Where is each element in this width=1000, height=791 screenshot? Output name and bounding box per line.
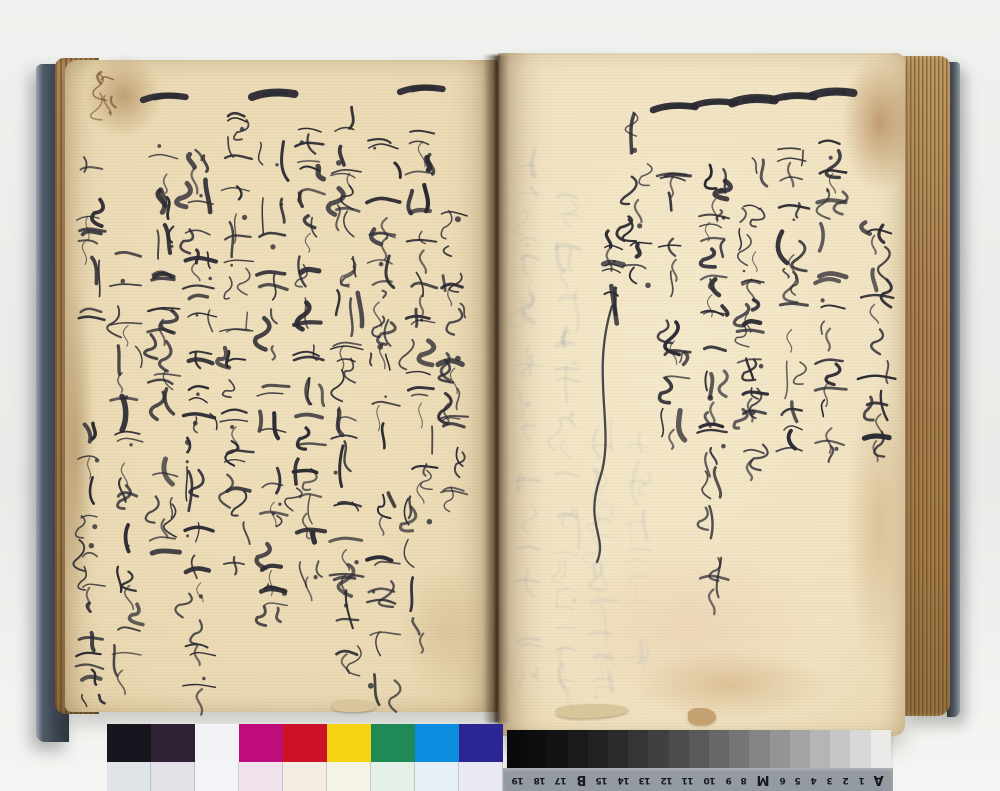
ruler-label: 1	[859, 775, 865, 785]
color-patch-tint	[195, 762, 239, 791]
ruler-label: 5	[795, 775, 801, 785]
grayscale-step	[729, 730, 749, 768]
color-patch-dark-purple	[151, 724, 195, 791]
ruler-label: 17	[555, 775, 567, 785]
color-patch-tint	[459, 762, 503, 791]
color-patch-yellow	[327, 724, 371, 791]
ruler-label: 3	[827, 775, 833, 785]
photograph: 191817B15141312111098M654321A	[0, 0, 1000, 791]
grayscale-step	[830, 730, 850, 768]
ruler-label: 15	[596, 775, 608, 785]
color-patch-indigo	[459, 724, 503, 791]
color-patch-swatch	[195, 724, 239, 762]
ruler-label: B	[577, 772, 586, 787]
ruler-label: A	[874, 772, 884, 787]
grayscale-step	[547, 730, 567, 768]
color-patch-swatch	[415, 724, 459, 762]
grayscale-step	[790, 730, 810, 768]
paper-stain	[560, 540, 820, 710]
color-patch-red	[283, 724, 327, 791]
color-patch-tint	[371, 762, 415, 791]
ruler-label: 4	[811, 775, 817, 785]
color-patch-swatch	[283, 724, 327, 762]
paper-stain	[842, 52, 918, 192]
ruler-label: 19	[512, 775, 524, 785]
grayscale-step-wedge	[507, 730, 891, 768]
color-patch-swatch	[239, 724, 283, 762]
color-patch-tint	[327, 762, 371, 791]
color-patch-cyan-blue	[415, 724, 459, 791]
paper-stain	[58, 280, 94, 610]
measurement-ruler: 191817B15141312111098M654321A	[503, 768, 893, 791]
ruler-label: 11	[682, 775, 694, 785]
color-patch-swatch	[459, 724, 503, 762]
ruler-label: 18	[534, 775, 546, 785]
color-patch-white	[195, 724, 239, 791]
grayscale-step	[628, 730, 648, 768]
grayscale-step	[669, 730, 689, 768]
grayscale-step	[749, 730, 769, 768]
grayscale-step	[810, 730, 830, 768]
color-patch-tint	[107, 762, 151, 791]
grayscale-step	[608, 730, 628, 768]
ruler-label: M	[757, 772, 769, 787]
grayscale-step	[770, 730, 790, 768]
color-patch-tint	[415, 762, 459, 791]
grayscale-step	[871, 730, 891, 768]
ruler-label: 14	[618, 775, 630, 785]
color-patch-swatch	[151, 724, 195, 762]
paper-tear	[688, 708, 716, 725]
ruler-label: 12	[661, 775, 673, 785]
color-patch-swatch	[107, 724, 151, 762]
color-patch-black	[107, 724, 151, 791]
ruler-label: 6	[780, 775, 786, 785]
color-patch-magenta	[239, 724, 283, 791]
color-patch-tint	[283, 762, 327, 791]
ruler-label: 13	[639, 775, 651, 785]
paper-stain	[846, 380, 910, 670]
grayscale-step	[507, 730, 527, 768]
color-patch-tint	[239, 762, 283, 791]
grayscale-step	[588, 730, 608, 768]
ruler-label: 8	[741, 775, 747, 785]
paper-tear	[332, 700, 376, 712]
paper-stain	[400, 560, 490, 700]
color-calibration-strip	[107, 724, 503, 791]
color-patch-green	[371, 724, 415, 791]
color-patch-swatch	[327, 724, 371, 762]
grayscale-step	[527, 730, 547, 768]
grayscale-step	[689, 730, 709, 768]
color-patch-swatch	[371, 724, 415, 762]
ruler-label: 2	[843, 775, 849, 785]
color-patch-tint	[151, 762, 195, 791]
grayscale-step	[850, 730, 870, 768]
ruler-label: 10	[704, 775, 716, 785]
paper-stain	[84, 54, 162, 138]
ruler-label: 9	[726, 775, 732, 785]
grayscale-step	[648, 730, 668, 768]
grayscale-step	[568, 730, 588, 768]
grayscale-step	[709, 730, 729, 768]
